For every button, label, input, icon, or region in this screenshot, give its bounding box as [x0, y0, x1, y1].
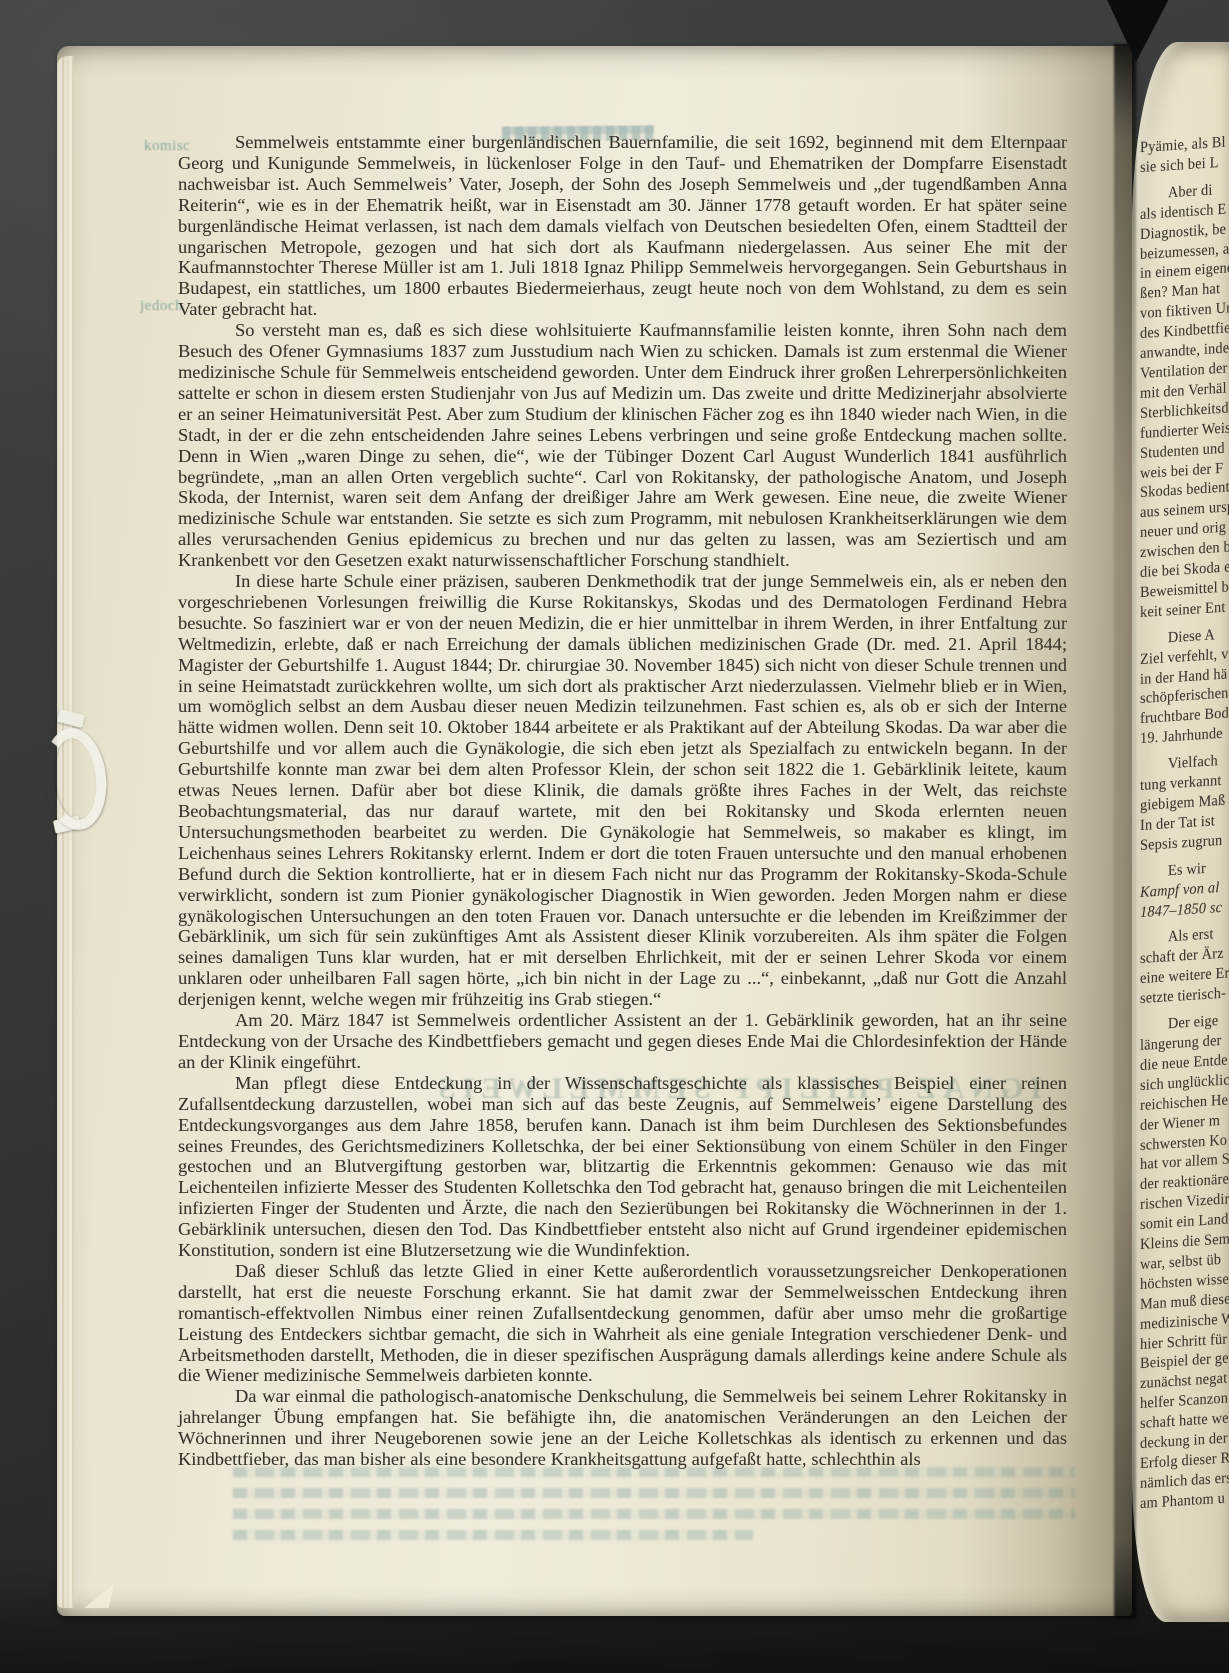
page-text: Semmelweis entstammte einer burgenländis… [178, 132, 1067, 1470]
body-paragraph: In diese harte Schule einer präzisen, sa… [178, 571, 1067, 1010]
left-book-page: komisc jedoch IGNAZ PHILIPP SEMMELWEIS S… [57, 46, 1132, 1616]
body-paragraph: Da war einmal die pathologisch-anatomisc… [178, 1386, 1067, 1470]
next-book-page-edge: Pyämie, als Blsie sich bei LAber dials i… [1132, 42, 1229, 1622]
bleedthrough-text-line [233, 1509, 1075, 1519]
body-paragraph: Semmelweis entstammte einer burgenländis… [178, 132, 1067, 320]
body-paragraph: Am 20. März 1847 ist Semmelweis ordentli… [178, 1010, 1067, 1073]
book-gutter [1114, 44, 1136, 1618]
body-paragraph: So versteht man es, daß es sich diese wo… [178, 320, 1067, 571]
bleedthrough-text-line [233, 1488, 1075, 1498]
book-scan-photo: komisc jedoch IGNAZ PHILIPP SEMMELWEIS S… [0, 0, 1229, 1673]
bleedthrough-word: jedoch [140, 298, 183, 315]
body-paragraph: Man pflegt diese Entdeckung in der Wisse… [178, 1073, 1067, 1261]
page-corner-crease [84, 1584, 114, 1608]
body-paragraph: Daß dieser Schluß das letzte Glied in ei… [178, 1261, 1067, 1386]
bleedthrough-text-line [233, 1530, 753, 1540]
next-page-text: Pyämie, als Blsie sich bei LAber dials i… [1140, 125, 1229, 1514]
